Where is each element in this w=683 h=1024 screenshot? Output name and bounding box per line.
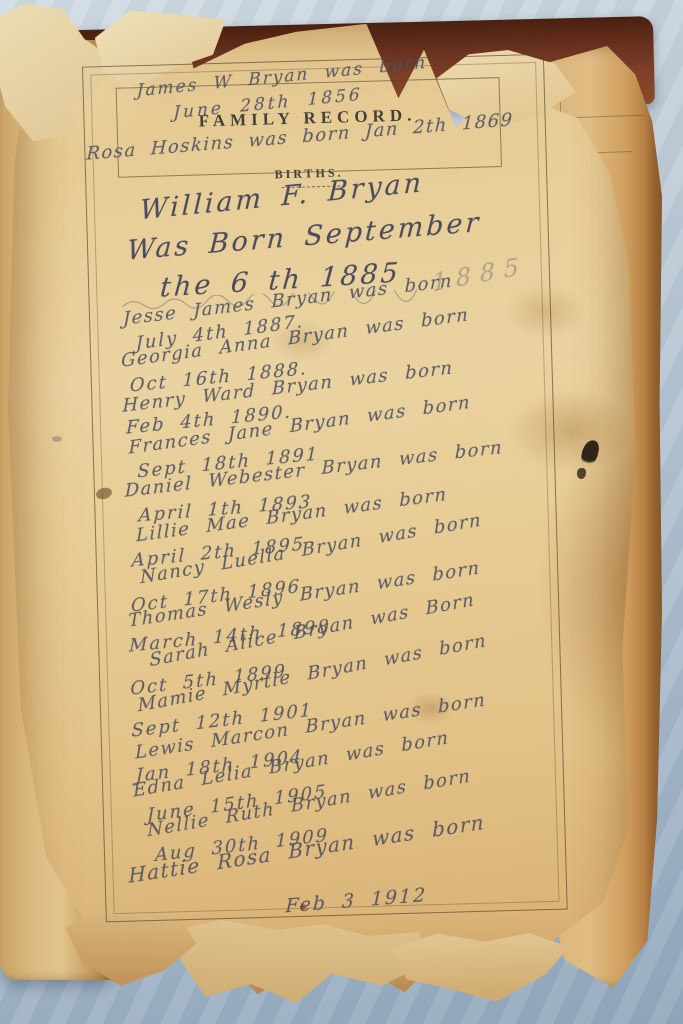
stain-speck <box>300 904 306 910</box>
photo-of-family-bible-page: James W Bryan was born June 28th 1856 FA… <box>0 0 683 1024</box>
stain-smudge <box>52 436 62 442</box>
page-content: James W Bryan was born June 28th 1856 FA… <box>70 45 586 940</box>
